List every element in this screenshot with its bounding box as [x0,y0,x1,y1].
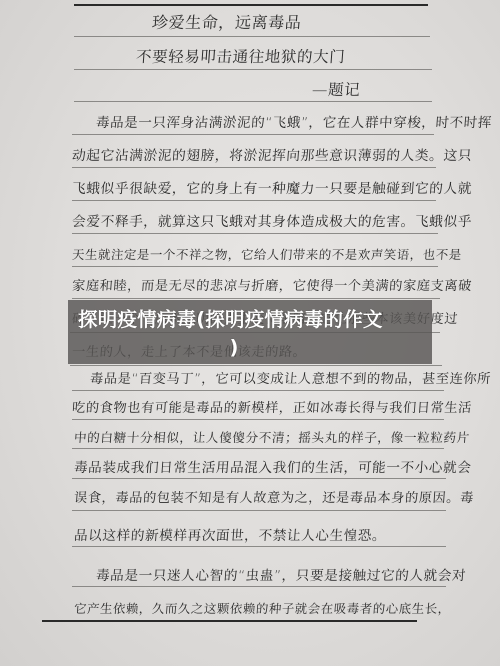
top-margin-rule [74,4,428,6]
essay-line: 毒品是一只浑身沾满淤泥的“飞蛾”，它在人群中穿梭，时不时挥 [95,113,492,133]
essay-line: 毒品是一只迷人心智的“虫蛊”，只要是接触过它的人就会对 [95,566,467,586]
ruled-line [72,266,438,267]
essay-line: 家庭和睦，而是无尽的悲凉与折磨，它使得一个美满的家庭支离破 [71,277,472,297]
essay-attribution: —题记 [311,80,361,100]
ruled-line [74,101,432,102]
ruled-line [72,448,444,449]
essay-line: 毒品是“百变马丁”，它可以变成让人意想不到的物品，甚至连你所 [89,370,491,390]
essay-title: 珍爱生命，远离毒品 [151,13,302,33]
ruled-line [72,134,434,135]
essay-line: 误食，毒品的包装不知是有人故意为之，还是毒品本身的原因。毒 [73,489,474,509]
essay-subtitle: 不要轻易叩击通往地狱的大门 [135,47,346,67]
essay-line: 飞蛾似乎很缺爱，它的身上有一种魔力一只要是触碰到它的人就 [71,179,472,199]
ruled-line [72,200,436,201]
ruled-line [72,546,446,547]
essay-line: 中的白糖十分相似，让人傻傻分不清；摇头丸的样子，像一粒粒药片 [73,428,470,448]
ruled-line [74,69,432,70]
ruled-line [72,298,440,299]
essay-line: 品以这样的新模样再次面世，不禁让人心生惶恐。 [73,526,387,546]
caption-line-2: ) [78,334,418,362]
bottom-margin-rule [42,620,417,622]
ruled-line [72,390,444,391]
essay-line: 吃的食物也有可能是毒品的新模样，正如冰毒长得与我们日常生活 [71,399,472,419]
caption-line-1: 探明疫情病毒(探明疫情病毒的作文 [78,308,383,331]
ruled-line [72,586,446,587]
ruled-line [72,419,444,420]
caption-overlay-title: 探明疫情病毒(探明疫情病毒的作文 ) [78,306,418,362]
essay-line: 它产生依赖，久而久之这颗依赖的种子就会在吸毒者的心底生长， [73,599,451,619]
ruled-line [72,233,438,234]
ruled-line [74,36,430,37]
ruled-line [72,167,436,168]
essay-line: 天生就注定是一个不祥之物，它给人们带来的不是欢声笑语，也不是 [71,245,462,265]
ruled-line [70,365,442,366]
essay-line: 会爱不释手，就算这只飞蛾对其身体造成极大的危害。飞蛾似乎 [71,212,472,232]
essay-line: 动起它沾满淤泥的翅膀，将淤泥挥向那些意识薄弱的人类。这只 [71,146,472,166]
essay-line: 毒品装成我们日常生活用品混入我们的生活，可能一不小心就会 [73,458,472,478]
ruled-line [72,478,446,479]
ruled-line [72,510,446,511]
